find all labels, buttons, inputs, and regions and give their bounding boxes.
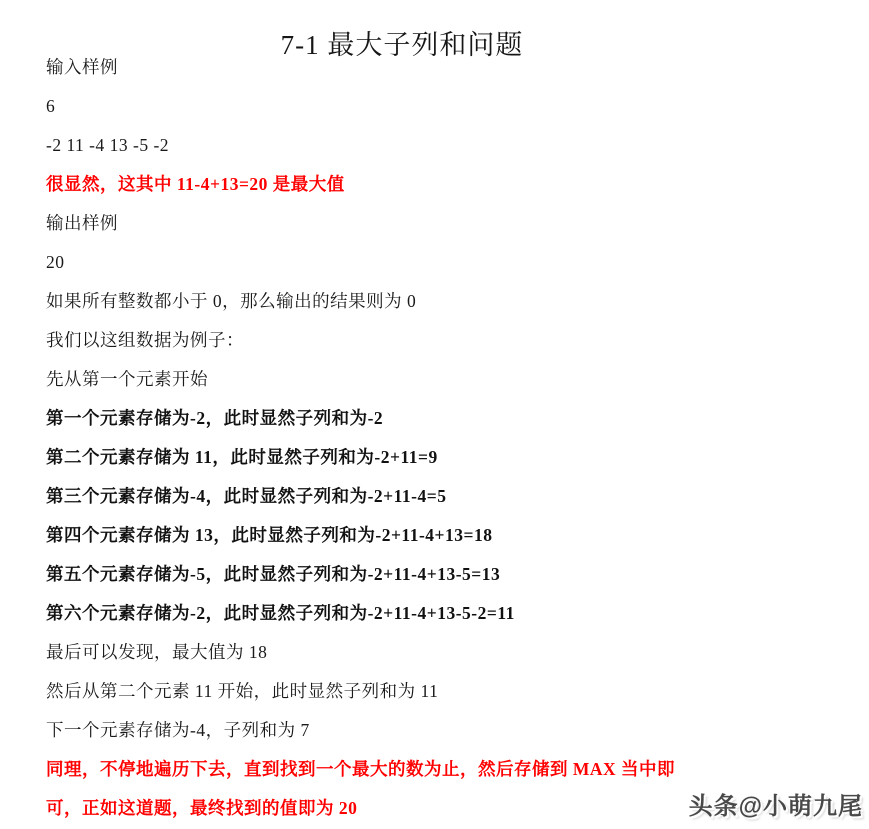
paragraph-step-6: 第六个元素存储为-2，此时显然子列和为-2+11-4+13-5-2=11 [46,594,806,633]
paragraph-max-note: 很显然，这其中 11-4+13=20 是最大值 [46,165,806,204]
paragraph-input-sequence: -2 11 -4 13 -5 -2 [46,126,806,165]
paragraph-conclusion-line-1: 同理，不停地遍历下去，直到找到一个最大的数为止，然后存储到 MAX 当中即 [46,750,806,789]
paragraph-first-pass-result: 最后可以发现，最大值为 18 [46,633,806,672]
document-body: 输入样例 6 -2 11 -4 13 -5 -2 很显然，这其中 11-4+13… [46,48,806,828]
paragraph-output-sample-label: 输出样例 [46,204,806,243]
paragraph-second-pass-next: 下一个元素存储为-4，子列和为 7 [46,711,806,750]
document-page: 7-1 最大子列和问题 输入样例 6 -2 11 -4 13 -5 -2 很显然… [0,0,869,829]
toutiao-watermark: 头条@小萌九尾 [689,786,863,821]
paragraph-input-sample-label: 输入样例 [46,48,806,87]
paragraph-second-pass-start: 然后从第二个元素 11 开始，此时显然子列和为 11 [46,672,806,711]
paragraph-negative-rule: 如果所有整数都小于 0，那么输出的结果则为 0 [46,282,806,321]
paragraph-step-2: 第二个元素存储为 11，此时显然子列和为-2+11=9 [46,438,806,477]
paragraph-step-5: 第五个元素存储为-5，此时显然子列和为-2+11-4+13-5=13 [46,555,806,594]
paragraph-start-first: 先从第一个元素开始 [46,360,806,399]
paragraph-step-4: 第四个元素存储为 13，此时显然子列和为-2+11-4+13=18 [46,516,806,555]
paragraph-output-value: 20 [46,243,806,282]
paragraph-input-count: 6 [46,87,806,126]
paragraph-step-3: 第三个元素存储为-4，此时显然子列和为-2+11-4=5 [46,477,806,516]
paragraph-step-1: 第一个元素存储为-2，此时显然子列和为-2 [46,399,806,438]
paragraph-example-intro: 我们以这组数据为例子： [46,321,806,360]
